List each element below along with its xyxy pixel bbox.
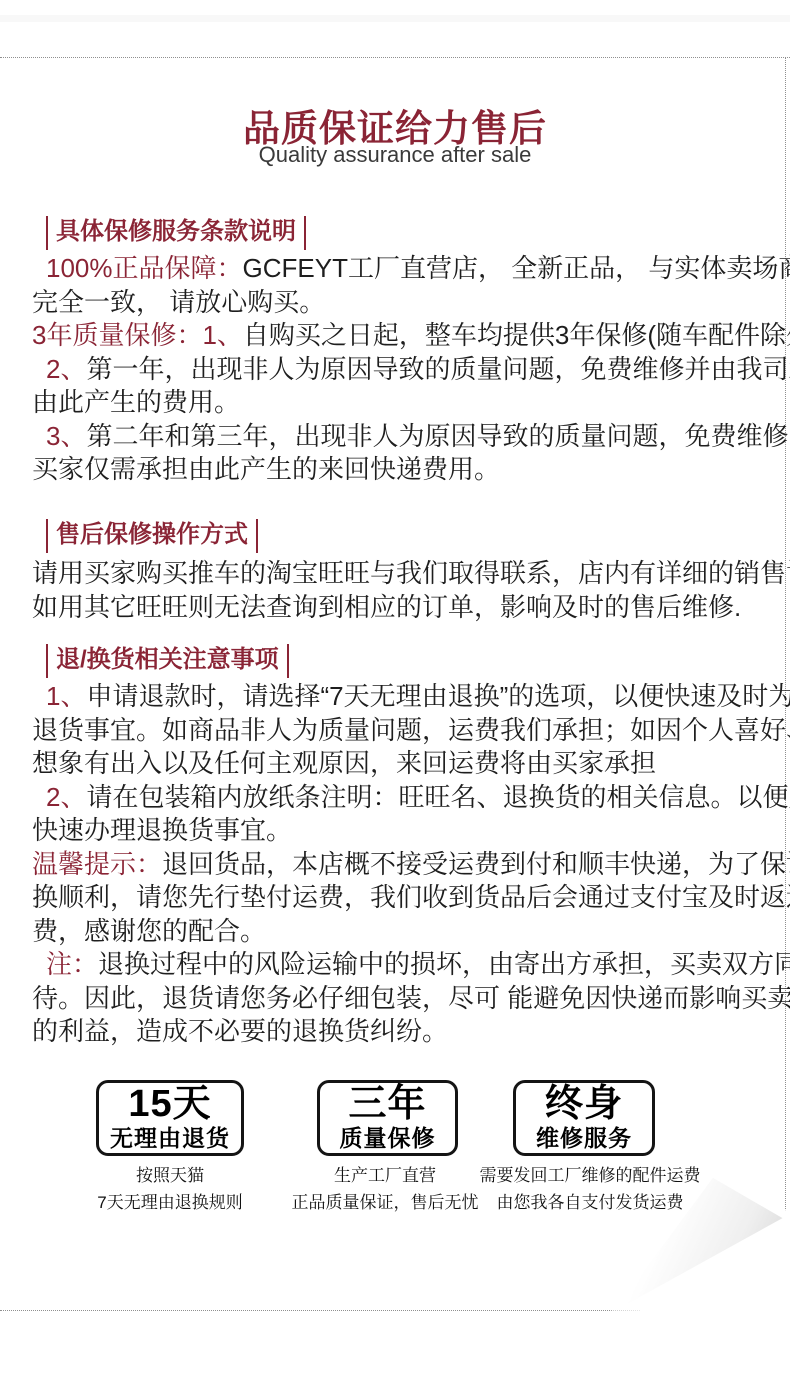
section-body: 请用买家购买推车的淘宝旺旺与我们取得联系，店内有详细的销售记录，如用其它旺旺则无… (32, 557, 790, 624)
section-body: 100%正品保障：GCFEYT工厂直营店， 全新正品， 与实体卖场商品完全一致，… (32, 252, 790, 487)
badge-big-label: 15天 (128, 1085, 211, 1123)
body-line: 换顺利，请您先行垫付运费，我们收到货品后会通过支付宝及时返还运 (32, 881, 790, 915)
line-lead: 2、 (46, 354, 86, 384)
line-text: 由此产生的费用。 (32, 387, 240, 417)
badge-card: 15天无理由退货 (96, 1080, 244, 1156)
badge-caption-line: 7天无理由退换规则 (60, 1189, 280, 1216)
line-text: 待。因此，退货请您务必仔细包装，尽可 能避免因快递而影响买卖双方 (32, 983, 790, 1013)
line-text: 换顺利，请您先行垫付运费，我们收到货品后会通过支付宝及时返还运 (32, 882, 790, 912)
badge-caption: 按照天猫7天无理由退换规则 (60, 1162, 280, 1216)
badge-card: 三年质量保修 (317, 1080, 458, 1156)
line-text: 费，感谢您的配合。 (32, 916, 266, 946)
line-lead: 注： (46, 949, 98, 979)
line-text: 第一年，出现非人为原因导致的质量问题，免费维修并由我司承担 (86, 354, 790, 384)
badge-sub-label: 无理由退货 (110, 1125, 230, 1151)
line-text: 请用买家购买推车的淘宝旺旺与我们取得联系，店内有详细的销售记录， (32, 558, 790, 588)
badge-big-label: 终身 (545, 1085, 623, 1123)
line-text: 自购买之日起，整车均提供3年保修(随车配件除外) (243, 320, 790, 350)
line-lead: 1、 (46, 681, 86, 711)
body-line: 2、请在包装箱内放纸条注明：旺旺名、退换货的相关信息。以便及时查询, (32, 781, 790, 815)
badge-big-label: 三年 (348, 1085, 426, 1123)
dotted-border-bottom (0, 1310, 640, 1311)
body-line: 待。因此，退货请您务必仔细包装，尽可 能避免因快递而影响买卖双方 (32, 982, 790, 1016)
line-text: 想象有出入以及任何主观原因，来回运费将由买家承担 (32, 748, 656, 778)
badge-card: 终身维修服务 (513, 1080, 655, 1156)
body-line: 3年质量保修：1、自购买之日起，整车均提供3年保修(随车配件除外) (32, 319, 790, 353)
line-lead: 2、 (46, 782, 86, 812)
line-text: 申请退款时，请选择“7天无理由退换”的选项，以便快速及时为您办理 (86, 681, 790, 711)
top-divider-band (0, 15, 790, 22)
line-text: 如用其它旺旺则无法查询到相应的订单，影响及时的售后维修. (32, 592, 741, 622)
section-body: 1、申请退款时，请选择“7天无理由退换”的选项，以便快速及时为您办理退货事宜。如… (32, 680, 790, 1049)
line-text: 退货事宜。如商品非人为质量问题，运费我们承担；如因个人喜好、与 (32, 715, 790, 745)
body-line: 由此产生的费用。 (32, 386, 790, 420)
body-line: 2、第一年，出现非人为原因导致的质量问题，免费维修并由我司承担 (32, 353, 790, 387)
dotted-border-top (0, 57, 790, 58)
section-header: 具体保修服务条款说明 (46, 216, 306, 250)
body-line: 1、申请退款时，请选择“7天无理由退换”的选项，以便快速及时为您办理 (32, 680, 790, 714)
line-text: 退换过程中的风险运输中的损坏，由寄出方承担，买卖双方同等对 (98, 949, 790, 979)
line-text: 退回货品，本店概不接受运费到付和顺丰快递，为了保证退 (162, 849, 790, 879)
line-text: 的利益，造成不必要的退换货纠纷。 (32, 1016, 448, 1046)
page-curl-graphic (602, 1163, 790, 1312)
badge-sub-label: 维修服务 (536, 1125, 632, 1151)
body-line: 如用其它旺旺则无法查询到相应的订单，影响及时的售后维修. (32, 591, 790, 625)
line-text: 买家仅需承担由此产生的来回快递费用。 (32, 454, 500, 484)
body-line: 请用买家购买推车的淘宝旺旺与我们取得联系，店内有详细的销售记录， (32, 557, 790, 591)
body-line: 的利益，造成不必要的退换货纠纷。 (32, 1015, 790, 1049)
body-line: 温馨提示：退回货品，本店概不接受运费到付和顺丰快递，为了保证退 (32, 848, 790, 882)
line-text: 完全一致， 请放心购买。 (32, 287, 325, 317)
body-line: 快速办理退换货事宜。 (32, 814, 790, 848)
line-lead: 3年质量保修：1、 (32, 320, 243, 350)
section-header: 售后保修操作方式 (46, 519, 258, 553)
body-line: 退货事宜。如商品非人为质量问题，运费我们承担；如因个人喜好、与 (32, 714, 790, 748)
body-line: 注：退换过程中的风险运输中的损坏，由寄出方承担，买卖双方同等对 (32, 948, 790, 982)
body-line: 完全一致， 请放心购买。 (32, 286, 790, 320)
section-header: 退/换货相关注意事项 (46, 644, 289, 678)
page-subtitle: Quality assurance after sale (0, 142, 790, 168)
line-text: 请在包装箱内放纸条注明：旺旺名、退换货的相关信息。以便及时查询, (86, 782, 790, 812)
badge-sub-label: 质量保修 (340, 1125, 436, 1151)
line-lead: 100%正品保障： (46, 253, 243, 283)
body-line: 想象有出入以及任何主观原因，来回运费将由买家承担 (32, 747, 790, 781)
body-line: 买家仅需承担由此产生的来回快递费用。 (32, 453, 790, 487)
line-text: 快速办理退换货事宜。 (32, 815, 292, 845)
body-line: 100%正品保障：GCFEYT工厂直营店， 全新正品， 与实体卖场商品 (32, 252, 790, 286)
body-line: 费，感谢您的配合。 (32, 915, 790, 949)
line-text: 第二年和第三年，出现非人为原因导致的质量问题，免费维修， (86, 421, 790, 451)
after-sale-page: 品质保证给力售后 Quality assurance after sale 具体… (0, 0, 790, 1387)
line-lead: 3、 (46, 421, 86, 451)
body-line: 3、第二年和第三年，出现非人为原因导致的质量问题，免费维修， (32, 420, 790, 454)
line-lead: 温馨提示： (32, 849, 162, 879)
line-text: GCFEYT工厂直营店， 全新正品， 与实体卖场商品 (243, 253, 790, 283)
badge-caption-line: 按照天猫 (60, 1162, 280, 1189)
